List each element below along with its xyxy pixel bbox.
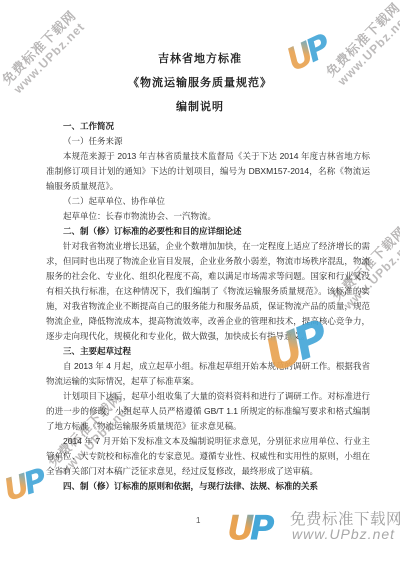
svg-text:UP: UP bbox=[0, 462, 52, 508]
up-logo-icon: UP bbox=[0, 454, 64, 508]
paragraph-comment-round: 2014 年 7 月开始下发标准文本及编制说明征求意见，分别征求应用单位、行业主… bbox=[46, 434, 370, 479]
paragraph-task-source: 本规范来源于 2013 年吉林省质量技术监督局《关于下达 2014 年度吉林省地… bbox=[46, 149, 370, 194]
doc-title-standard-name: 《物流运输服务质量规范》 bbox=[0, 78, 400, 89]
section-heading-4: 四、制（修）订标准的原则和依据，与现行法律、法规、标准的关系 bbox=[46, 479, 370, 494]
svg-text:UP: UP bbox=[227, 508, 275, 547]
subsection-heading-1-2: （二）起草单位、协作单位 bbox=[46, 194, 370, 209]
scanned-document-page: { "document": { "title_line1": "吉林省地方标准"… bbox=[0, 0, 400, 566]
footer-site-url: www.UPbz.net bbox=[292, 526, 395, 542]
doc-title-subtitle: 编制说明 bbox=[0, 102, 400, 113]
section-heading-1: 一、工作简况 bbox=[46, 119, 370, 134]
up-logo-icon: UP bbox=[226, 504, 290, 548]
paragraph-drafting-units: 起草单位：长春市物流协会、一汽物流。 bbox=[46, 209, 370, 224]
paragraph-draft-process: 计划项目下达后，起草小组收集了大量的资料资料和进行了调研工作。对标准进行的进一步… bbox=[46, 389, 370, 434]
subsection-heading-1-1: （一）任务来源 bbox=[46, 134, 370, 149]
section-heading-2: 二、制（修）订标准的必要性和目的应详细论述 bbox=[46, 224, 370, 239]
logo-letter-p: P bbox=[250, 508, 275, 547]
page-number: 1 bbox=[196, 516, 200, 525]
